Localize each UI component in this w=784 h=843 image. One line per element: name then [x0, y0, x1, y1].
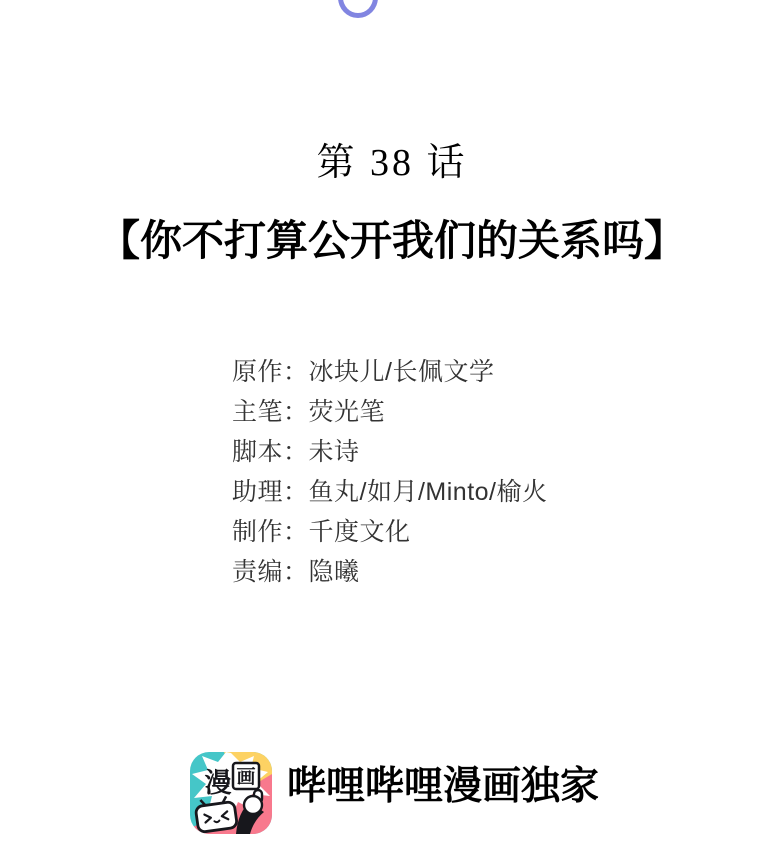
bilibili-manga-app-icon: 画 漫	[190, 752, 272, 834]
credit-label: 主笔：	[232, 392, 309, 432]
episode-number: 第 38 话	[0, 141, 784, 185]
credit-label: 脚本：	[232, 432, 309, 472]
credit-value: 隐曦	[309, 552, 360, 592]
icon-mascot-fist	[244, 796, 262, 814]
bilibili-manga-exclusive-text: 哔哩哔哩漫画独家	[287, 765, 599, 809]
comic-episode-title-page: 第 38 话 【你不打算公开我们的关系吗】 原作： 冰块儿/长佩文学 主笔： 荧…	[0, 0, 784, 843]
credit-row-script: 脚本： 未诗	[232, 432, 548, 472]
credit-label: 制作：	[232, 512, 309, 552]
credit-value: 荧光笔	[309, 392, 386, 432]
credit-value: 鱼丸/如月/Minto/榆火	[309, 472, 548, 512]
icon-char-man: 漫	[205, 768, 232, 798]
credit-row-original-work: 原作： 冰块儿/长佩文学	[232, 352, 548, 392]
bilibili-manga-icon-svg: 画 漫	[190, 752, 272, 834]
top-edge-circle-decoration	[338, 0, 378, 18]
credit-row-production: 制作： 千度文化	[232, 512, 548, 552]
credits-block: 原作： 冰块儿/长佩文学 主笔： 荧光笔 脚本： 未诗 助理： 鱼丸/如月/Mi…	[232, 352, 548, 592]
icon-char-hua: 画	[236, 766, 255, 788]
credit-value: 千度文化	[309, 512, 411, 552]
credit-label: 原作：	[232, 352, 309, 392]
credit-label: 助理：	[232, 472, 309, 512]
credit-row-lead-artist: 主笔： 荧光笔	[232, 392, 548, 432]
credit-value: 冰块儿/长佩文学	[309, 352, 495, 392]
credit-row-editor: 责编： 隐曦	[232, 552, 548, 592]
credit-row-assistants: 助理： 鱼丸/如月/Minto/榆火	[232, 472, 548, 512]
episode-title: 【你不打算公开我们的关系吗】	[0, 217, 784, 267]
credit-label: 责编：	[232, 552, 309, 592]
credit-value: 未诗	[309, 432, 360, 472]
